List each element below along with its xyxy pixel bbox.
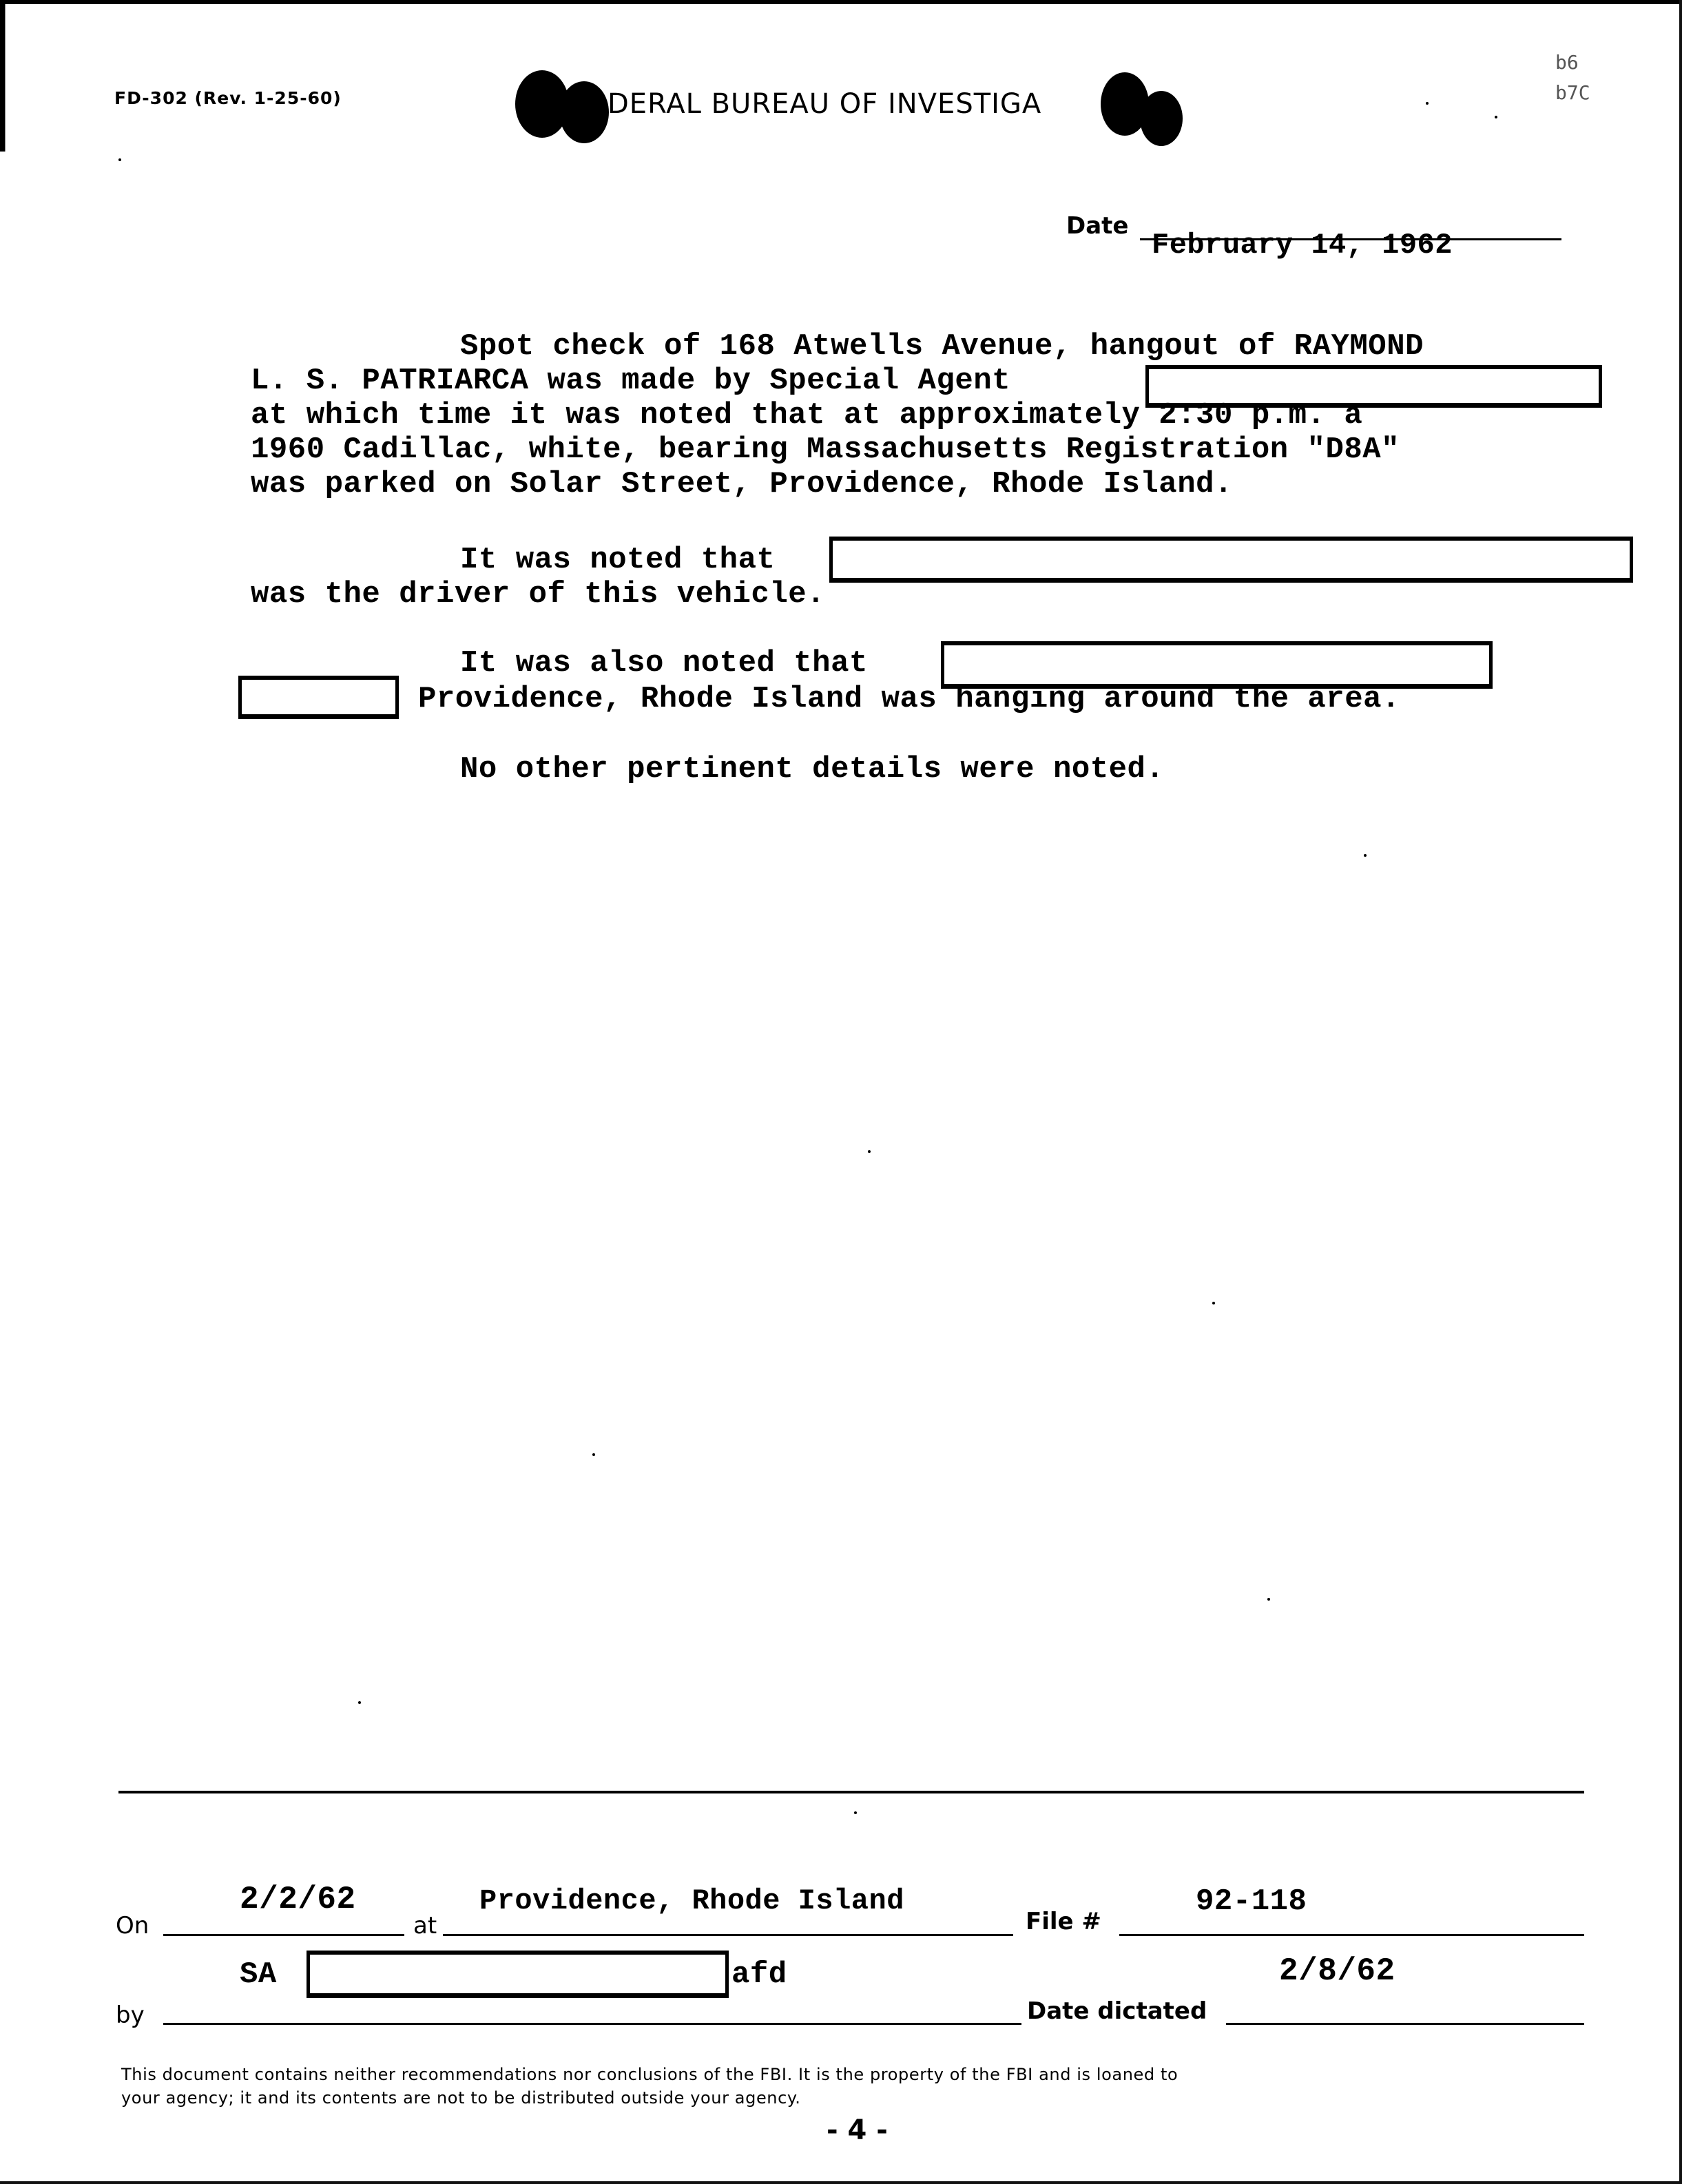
date-value: February 14, 1962 xyxy=(1152,229,1453,262)
on-underline xyxy=(163,1934,404,1936)
punch-hole-blot-left-b xyxy=(559,81,609,143)
disclaimer-line2: your agency; it and its contents are not… xyxy=(121,2088,801,2108)
scan-speck xyxy=(1364,854,1367,857)
scan-speck xyxy=(118,158,121,161)
date-dictated-value: 2/8/62 xyxy=(1279,1953,1395,1989)
para1-line5: was parked on Solar Street, Providence, … xyxy=(251,467,1233,501)
date-dictated-label: Date dictated xyxy=(1027,1997,1207,2025)
redaction-driver-name xyxy=(829,537,1633,583)
redaction-agent-name xyxy=(307,1951,729,1998)
form-number: FD-302 (Rev. 1-25-60) xyxy=(114,88,342,108)
scan-edge-bottom xyxy=(0,2181,1682,2184)
agency-title: DERAL BUREAU OF INVESTIGA xyxy=(608,88,1041,120)
para4-line1: No other pertinent details were noted. xyxy=(460,752,1164,787)
scan-edge-top xyxy=(0,0,1682,4)
scan-speck xyxy=(592,1453,595,1456)
on-label: On xyxy=(116,1912,149,1939)
on-date-value: 2/2/62 xyxy=(240,1882,356,1917)
file-number-underline xyxy=(1119,1934,1584,1936)
para1-line2: L. S. PATRIARCA was made by Special Agen… xyxy=(251,364,1010,398)
exemption-code-b6: b6 xyxy=(1555,51,1579,74)
para1-line3: at which time it was noted that at appro… xyxy=(251,398,1362,433)
date-label: Date xyxy=(1066,212,1128,240)
exemption-code-b7c: b7C xyxy=(1555,81,1590,104)
redaction-person-address xyxy=(238,676,399,719)
para3-line1: It was also noted that xyxy=(460,646,868,680)
scan-speck xyxy=(854,1811,857,1814)
by-suffix: afd xyxy=(731,1957,787,1992)
scan-speck xyxy=(358,1701,361,1704)
punch-hole-blot-right-b xyxy=(1140,91,1183,146)
page-number: - 4 - xyxy=(827,2114,888,2146)
disclaimer-line1: This document contains neither recommend… xyxy=(121,2065,1178,2084)
at-location-value: Providence, Rhode Island xyxy=(479,1884,904,1917)
scan-edge-right xyxy=(1679,0,1682,2184)
para2-line1: It was noted that xyxy=(460,543,775,577)
para1-line1: Spot check of 168 Atwells Avenue, hangou… xyxy=(460,329,1424,364)
para1-line4: 1960 Cadillac, white, bearing Massachuse… xyxy=(251,433,1400,467)
para3-line2: Providence, Rhode Island was hanging aro… xyxy=(418,682,1400,716)
by-prefix: SA xyxy=(240,1957,277,1992)
date-dictated-underline xyxy=(1226,2023,1584,2025)
by-underline xyxy=(163,2023,1021,2025)
footer-rule xyxy=(118,1791,1584,1793)
scan-speck xyxy=(868,1150,871,1153)
scan-edge-left xyxy=(0,0,10,152)
by-label: by xyxy=(116,2001,145,2029)
scan-speck xyxy=(1495,116,1497,118)
scan-speck xyxy=(1212,1302,1215,1304)
scan-speck xyxy=(1426,102,1429,105)
file-number-label: File # xyxy=(1026,1908,1101,1935)
scan-speck xyxy=(1267,1598,1270,1601)
at-underline xyxy=(443,1934,1013,1936)
at-label: at xyxy=(413,1912,437,1939)
file-number-value: 92-118 xyxy=(1196,1884,1307,1919)
para2-line2: was the driver of this vehicle. xyxy=(251,577,825,612)
